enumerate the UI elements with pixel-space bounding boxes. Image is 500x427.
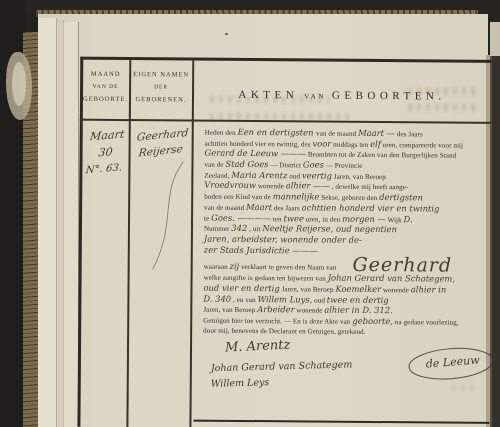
birth-register-table: MAAND VAN DE GEBOORTE. EIGEN NAMEN DER G… [77, 57, 492, 427]
handwritten-text: voor [312, 138, 331, 148]
handwritten-text: twee en dertig [327, 294, 389, 304]
column-header-names: EIGEN NAMEN DER GEBORENEN. [131, 71, 191, 103]
act-number: N°. 63. [81, 159, 127, 179]
printed-text: des Jaars [395, 130, 423, 138]
printed-text: , dewelke mij heeft aange- [330, 183, 409, 192]
handwritten-text: Goes. ———— [211, 212, 271, 222]
printed-text: Getuigen hier toe verzocht. — En is deze… [203, 317, 352, 326]
printed-text: uren, in den [304, 215, 342, 223]
printed-text: ten [271, 215, 284, 223]
next-act-divider-line [193, 420, 489, 424]
printed-text: Zeeland, [204, 171, 231, 179]
printed-text: uren, compareerde voor mij [381, 141, 463, 150]
printed-text: wonende [295, 307, 325, 315]
handwritten-text: alhier in [411, 284, 447, 294]
printed-text: Sekse, geboren den [319, 194, 379, 202]
handwritten-text: Vroedvrouw [204, 180, 256, 190]
signature-witness-1: Johan Gerard van Schategem [211, 359, 353, 374]
signature-witness-2: Willem Leys [211, 377, 270, 390]
printed-text: Beambten tot de Zaken van den Burgerlijk… [306, 151, 456, 160]
printed-text: van de [204, 161, 225, 169]
column-divider-1 [126, 60, 130, 427]
handwritten-text: Koemelker [335, 284, 381, 294]
printed-text: middags ten [331, 140, 370, 148]
printed-text: Wijk [386, 216, 404, 224]
printed-text: wonende [256, 183, 286, 191]
printed-text: Heden den [205, 129, 238, 137]
header-line: GEBOORTE. [82, 96, 129, 103]
printed-text: van de maand [316, 130, 358, 138]
header-line: MAAND [82, 71, 129, 78]
handwritten-text: dertigsten [379, 192, 423, 202]
handwritten-text: Willem Luys, [258, 294, 313, 304]
printed-text: Nummer [204, 225, 231, 233]
handwritten-text: Goes [303, 160, 324, 170]
handwritten-text: mannelijke [273, 191, 320, 201]
handwritten-text: geboorte, [352, 316, 393, 326]
title-akten: AKTEN [238, 89, 298, 101]
title-van: VAN [298, 92, 332, 100]
printed-text: Jaren, van Beroep [203, 306, 257, 314]
printed-text: waaraan [204, 263, 230, 271]
printed-text: wonende [381, 286, 411, 294]
worn-corner-highlight [12, 62, 26, 106]
scanned-register-screenshot: { "scan": { "colors": { "background": "#… [0, 0, 500, 427]
handwritten-text: D. 340 [203, 293, 231, 303]
printed-text: achttien honderd vier en twintig, des [205, 139, 313, 148]
header-line: DER [131, 84, 191, 90]
header-line: VAN DE [82, 84, 129, 90]
handwritten-text: Een en dertigsten [238, 127, 317, 138]
handwritten-text: Neeltje Reijerse, oud negentien [262, 223, 397, 234]
handwritten-text: veertig [302, 170, 332, 180]
handwritten-text: Gerard de Leeuw ——— [205, 148, 307, 159]
printed-text: des Jaars [272, 204, 302, 212]
act-text: Heden den Een en dertigsten van de maand… [203, 127, 493, 339]
header-separator-line [80, 119, 492, 124]
printed-text: door mij, benevens de Declarant en Getui… [203, 326, 366, 335]
page-title: AKTENVANGEBOORTEN. [194, 85, 490, 105]
printed-text: van de maand [204, 203, 246, 211]
title-geboorten: GEBOORTEN. [332, 90, 446, 103]
printed-text: , uit [247, 225, 262, 233]
handwritten-text: Maart — [358, 128, 395, 138]
printed-text: , en van [231, 296, 258, 304]
handwritten-text: oud vier en dertig [203, 283, 279, 294]
handwritten-text: zer Stads Jurisdictie ——— [204, 244, 318, 255]
pen-flourish-icon [137, 157, 188, 277]
handwritten-text: achttien honderd vier en twintig [302, 202, 440, 213]
printed-text: oud [287, 172, 302, 180]
margin-month: Maart [84, 125, 130, 145]
printed-text: welke aangifte is gedaan ten bijwezen va… [204, 274, 328, 283]
header-line: GEBORENEN. [131, 96, 191, 103]
ink-speck [225, 33, 228, 35]
printed-text: na gedane voorlezing, [393, 318, 459, 327]
handwritten-text: Maria Arentz [231, 170, 287, 180]
next-page-sliver-top [490, 22, 500, 56]
printed-text: — District [268, 161, 303, 169]
printed-text: boden een Kind van de [204, 193, 273, 202]
printed-text: oud [312, 296, 327, 304]
column-header-month: MAAND VAN DE GEBOORTE. [82, 71, 129, 103]
handwritten-text: alhier in D. 312. [324, 305, 393, 316]
header-line: EIGEN NAMEN [131, 71, 191, 78]
page-layer-edge-2 [57, 20, 64, 427]
printed-text: verklaart te geven den Naam van [239, 263, 336, 272]
printed-text: Jaren, van Beroep [280, 285, 336, 293]
handwritten-text: twee [284, 213, 305, 223]
printed-text: — Provincie [324, 162, 363, 170]
printed-text: Jaren, van Beroep [332, 172, 386, 180]
signature-registrar: de Leeuw [404, 340, 499, 387]
handwritten-text: Arbeider [257, 304, 294, 314]
signature-declarant: M. Arentz [225, 338, 291, 356]
handwritten-text: Maart [246, 202, 272, 212]
handwritten-text: Geerhard [352, 254, 452, 277]
page-layer-edge-1 [38, 18, 57, 427]
column-divider-2 [189, 61, 193, 427]
handwritten-text: D. [404, 214, 413, 224]
handwritten-text: elf [370, 139, 381, 149]
margin-date-entry: Maart 30 N°. 63. [81, 125, 130, 179]
handwritten-text: morgen — [342, 213, 386, 223]
handwritten-text: Jaren, arbeidster, wonende onder de- [204, 234, 362, 245]
page-layer-edge-3 [64, 22, 79, 427]
handwritten-text: zij [230, 261, 240, 271]
handwritten-text: Stad Goes [225, 159, 268, 169]
handwritten-text: 342 [231, 223, 247, 233]
handwritten-text: alhier —— [286, 181, 330, 191]
